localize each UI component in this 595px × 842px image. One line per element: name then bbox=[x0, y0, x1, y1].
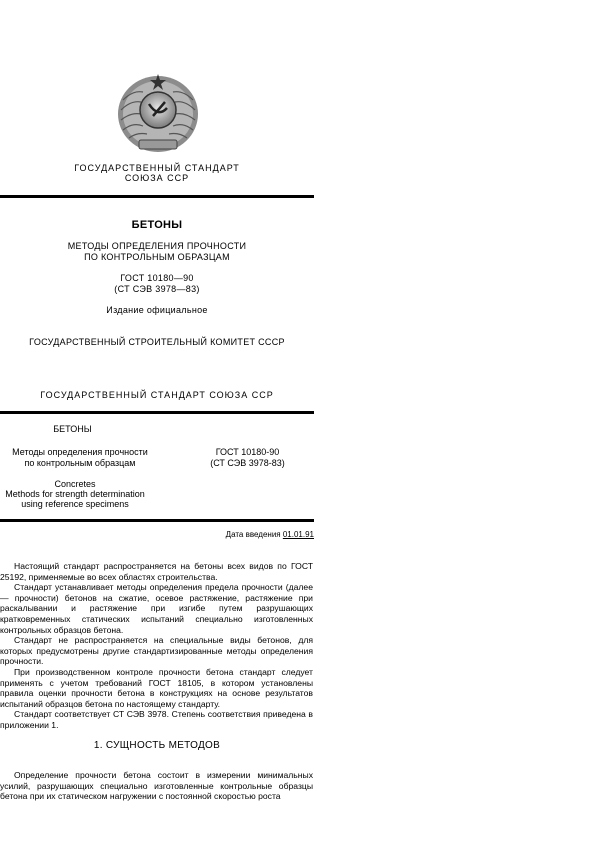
paragraph: Определение прочности бетона состоит в и… bbox=[0, 770, 313, 802]
cover-gost-equiv: (СТ СЭВ 3978—83) bbox=[0, 284, 314, 295]
date-value: 01.01.91 bbox=[283, 530, 314, 539]
divider bbox=[0, 519, 314, 522]
cover-title: БЕТОНЫ bbox=[0, 219, 314, 232]
header-issuer: ГОСУДАРСТВЕННЫЙ СТАНДАРТ СОЮЗА ССР bbox=[0, 390, 314, 401]
paragraph: Настоящий стандарт распространяется на б… bbox=[0, 561, 313, 582]
ussr-state-emblem-icon bbox=[113, 70, 203, 156]
intro-text: Настоящий стандарт распространяется на б… bbox=[0, 561, 313, 731]
section-text: Определение прочности бетона состоит в и… bbox=[0, 770, 313, 802]
cover-subtitle-line2: ПО КОНТРОЛЬНЫМ ОБРАЗЦАМ bbox=[0, 252, 314, 263]
paragraph: Стандарт не распространяется на специаль… bbox=[0, 635, 313, 667]
introduction-date: Дата введения 01.01.91 bbox=[226, 530, 314, 539]
header-en-line3: using reference specimens bbox=[0, 499, 150, 510]
header-title: БЕТОНЫ bbox=[0, 424, 145, 435]
cover-edition: Издание официальное bbox=[0, 305, 314, 316]
paragraph: При производственном контроле прочности … bbox=[0, 667, 313, 709]
section-heading: 1. СУЩНОСТЬ МЕТОДОВ bbox=[0, 740, 314, 751]
cover-committee: ГОСУДАРСТВЕННЫЙ СТРОИТЕЛЬНЫЙ КОМИТЕТ ССС… bbox=[0, 337, 314, 348]
divider bbox=[0, 195, 314, 198]
divider bbox=[0, 411, 314, 414]
cover-subtitle-line1: МЕТОДЫ ОПРЕДЕЛЕНИЯ ПРОЧНОСТИ bbox=[0, 241, 314, 252]
cover-gost-number: ГОСТ 10180—90 bbox=[0, 273, 314, 284]
paragraph: Стандарт соответствует СТ СЭВ 3978. Степ… bbox=[0, 709, 313, 730]
date-label: Дата введения bbox=[226, 530, 281, 539]
header-ru-line2: по контрольным образцам bbox=[0, 458, 160, 469]
cover-issuer-line2: СОЮЗА ССР bbox=[0, 173, 314, 184]
paragraph: Стандарт устанавливает методы определени… bbox=[0, 582, 313, 635]
header-ru-line1: Методы определения прочности bbox=[0, 447, 160, 458]
header-gost-number: ГОСТ 10180-90 bbox=[200, 447, 295, 458]
header-gost-equiv: (СТ СЭВ 3978-83) bbox=[200, 458, 295, 469]
